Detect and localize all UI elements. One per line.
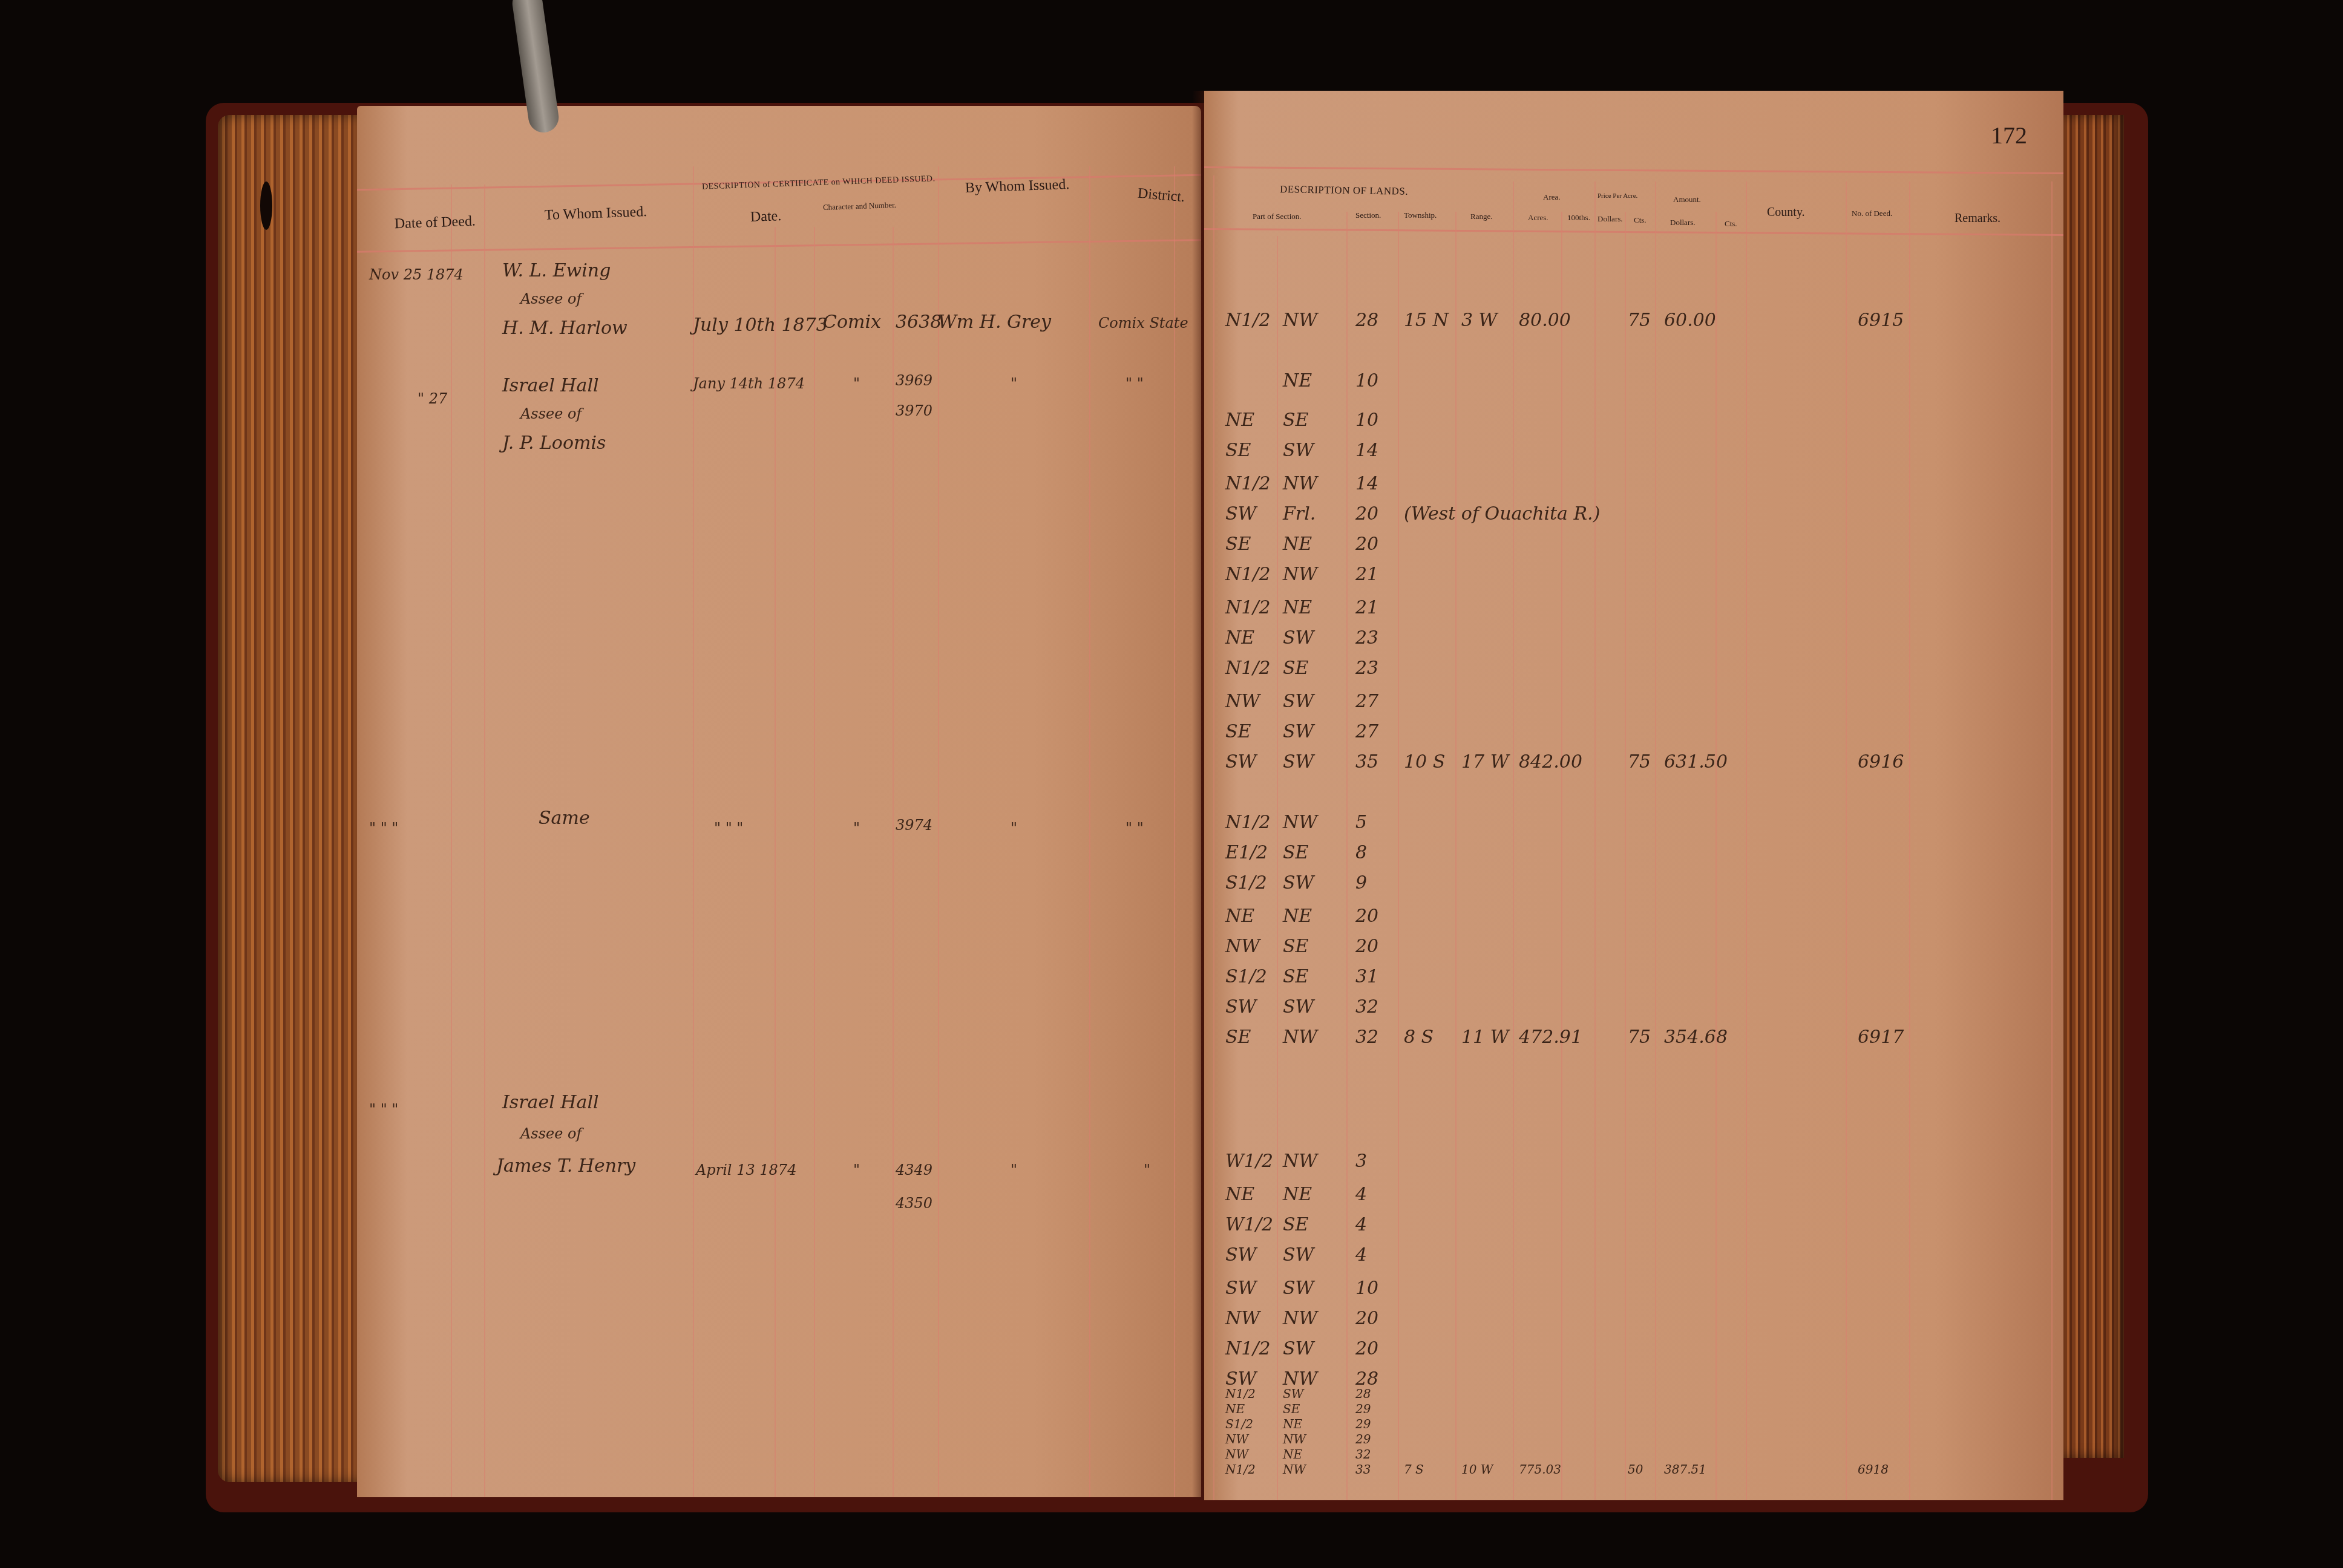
land-row-amount: 354.68 bbox=[1664, 1027, 1728, 1048]
land-row-amount: 60.00 bbox=[1664, 310, 1716, 331]
land-row-quarter: SW bbox=[1283, 721, 1314, 742]
header-100ths: 100ths. bbox=[1567, 213, 1590, 223]
land-row-quarter: SW bbox=[1283, 627, 1314, 648]
land-row-quarter: NE bbox=[1283, 906, 1312, 927]
header-district: District. bbox=[1137, 186, 1185, 206]
land-row-part: SW bbox=[1225, 751, 1256, 773]
land-row-part: W1/2 bbox=[1225, 1151, 1273, 1172]
land-row-quarter: SW bbox=[1283, 996, 1314, 1018]
land-row-section: 4 bbox=[1355, 1184, 1367, 1205]
land-row-price: 50 bbox=[1628, 1462, 1643, 1477]
land-row-part: NE bbox=[1225, 627, 1254, 648]
col-rule bbox=[1625, 212, 1626, 1500]
left-page-edges bbox=[218, 115, 360, 1482]
land-row-part: N1/2 bbox=[1225, 1462, 1256, 1477]
land-row-part: N1/2 bbox=[1225, 658, 1271, 679]
land-row-section: 20 bbox=[1355, 1308, 1378, 1329]
header-township: Township. bbox=[1404, 211, 1437, 220]
land-row-part: E1/2 bbox=[1225, 842, 1268, 863]
land-row-section: 28 bbox=[1355, 1387, 1371, 1401]
header-price-per-acre: Price Per Acre. bbox=[1597, 192, 1637, 200]
land-row-quarter: SW bbox=[1283, 691, 1314, 712]
land-row-section: 20 bbox=[1355, 906, 1378, 927]
land-row-quarter: NW bbox=[1283, 1462, 1306, 1477]
entry-4-assignor: James T. Henry bbox=[496, 1155, 635, 1177]
land-row-section: 14 bbox=[1355, 440, 1378, 461]
land-row-deed-no: 6915 bbox=[1858, 310, 1904, 331]
col-rule bbox=[484, 185, 485, 1497]
header-section: Section. bbox=[1355, 211, 1381, 220]
land-row-section: 21 bbox=[1355, 564, 1378, 585]
col-rule bbox=[1715, 212, 1717, 1500]
land-row-part: N1/2 bbox=[1225, 310, 1271, 331]
entry-4-assignee-label: Assee of bbox=[520, 1125, 582, 1142]
header-price-cents: Cts. bbox=[1634, 215, 1647, 225]
right-page: 172 DESCRIPTION OF LANDS. Part of Sectio… bbox=[1204, 91, 2063, 1500]
land-row-part: N1/2 bbox=[1225, 473, 1271, 494]
entry-2-district: " " bbox=[1126, 375, 1144, 392]
entry-1-cert-character: Comix bbox=[823, 312, 881, 333]
land-row-quarter: NE bbox=[1283, 1417, 1302, 1431]
land-row-amount: 631.50 bbox=[1664, 751, 1728, 773]
header-range: Range. bbox=[1470, 212, 1492, 221]
land-row-part: NE bbox=[1225, 1402, 1245, 1416]
col-rule bbox=[1746, 181, 1747, 1500]
entry-2-by-whom-issued: " bbox=[1011, 375, 1017, 392]
land-row-quarter: SW bbox=[1283, 872, 1314, 893]
col-rule bbox=[1346, 212, 1348, 1500]
land-row-quarter: NW bbox=[1283, 1151, 1317, 1172]
land-row-part: N1/2 bbox=[1225, 812, 1271, 833]
col-rule bbox=[2051, 181, 2053, 1500]
land-row-range: 17 W bbox=[1461, 751, 1509, 773]
entry-1-grantee: W. L. Ewing bbox=[502, 260, 611, 281]
land-row-part: N1/2 bbox=[1225, 564, 1271, 585]
land-row-note: (West of Ouachita R.) bbox=[1404, 503, 1600, 524]
land-row-section: 10 bbox=[1355, 370, 1378, 391]
land-row-part: NE bbox=[1225, 410, 1254, 431]
col-rule bbox=[938, 166, 939, 1497]
land-row-part: NW bbox=[1225, 1447, 1248, 1462]
entry-2-grantee: Israel Hall bbox=[502, 375, 599, 396]
land-row-quarter: NE bbox=[1283, 534, 1312, 555]
header-description-of-lands: DESCRIPTION OF LANDS. bbox=[1280, 183, 1408, 198]
land-row-part: SE bbox=[1225, 534, 1251, 555]
land-row-part: SE bbox=[1225, 721, 1251, 742]
entry-3-cert-date: " " " bbox=[714, 820, 743, 837]
entry-1-cert-number: 3638 bbox=[896, 312, 942, 333]
entry-3-cert-number: 3974 bbox=[896, 817, 932, 834]
entry-1-assignor: H. M. Harlow bbox=[502, 318, 628, 339]
header-cert-character-number: Character and Number. bbox=[823, 200, 896, 212]
header-area-group: Area. bbox=[1543, 192, 1561, 202]
col-rule bbox=[451, 185, 452, 1497]
land-row-price: 75 bbox=[1628, 310, 1651, 331]
land-row-part: NE bbox=[1225, 906, 1254, 927]
header-bottom-rule bbox=[1204, 228, 2063, 236]
entry-2-date-of-deed: " 27 bbox=[418, 390, 447, 407]
land-row-section: 29 bbox=[1355, 1432, 1371, 1446]
land-row-section: 4 bbox=[1355, 1244, 1367, 1266]
entry-2-cert-character: " bbox=[853, 375, 860, 392]
entry-2-cert-number-2: 3970 bbox=[896, 402, 932, 419]
header-price-dollars: Dollars. bbox=[1597, 214, 1623, 224]
col-rule bbox=[814, 227, 815, 1497]
col-rule bbox=[1594, 181, 1596, 1500]
land-row-section: 28 bbox=[1355, 310, 1378, 331]
col-rule bbox=[1846, 181, 1847, 1500]
land-row-quarter: NE bbox=[1283, 370, 1312, 391]
land-row-part: SW bbox=[1225, 503, 1256, 524]
land-row-quarter: SE bbox=[1283, 410, 1308, 431]
entry-4-grantee: Israel Hall bbox=[502, 1092, 599, 1113]
land-row-quarter: SE bbox=[1283, 658, 1308, 679]
entry-4-district: " bbox=[1144, 1161, 1150, 1178]
right-page-edges bbox=[2063, 115, 2124, 1458]
land-row-part: S1/2 bbox=[1225, 966, 1267, 987]
land-row-quarter: SW bbox=[1283, 1338, 1314, 1359]
entry-1-cert-date: July 10th 1873 bbox=[693, 315, 828, 336]
land-row-part: S1/2 bbox=[1225, 1417, 1253, 1431]
land-row-section: 27 bbox=[1355, 691, 1378, 712]
header-no-of-deed: No. of Deed. bbox=[1852, 209, 1892, 218]
entry-2-assignor: J. P. Loomis bbox=[502, 433, 606, 454]
left-page: Date of Deed. To Whom Issued. DESCRIPTIO… bbox=[357, 106, 1201, 1497]
entry-4-cert-number: 4349 bbox=[896, 1161, 932, 1178]
land-row-quarter: NE bbox=[1283, 1184, 1312, 1205]
land-row-section: 3 bbox=[1355, 1151, 1367, 1172]
ink-blot bbox=[260, 181, 272, 230]
land-row-quarter: SE bbox=[1283, 1402, 1300, 1416]
land-row-section: 10 bbox=[1355, 1278, 1378, 1299]
entry-2-cert-number: 3969 bbox=[896, 372, 932, 389]
col-rule bbox=[893, 227, 894, 1497]
land-row-part: N1/2 bbox=[1225, 597, 1271, 618]
entry-3-grantee: Same bbox=[539, 808, 590, 829]
land-row-section: 27 bbox=[1355, 721, 1378, 742]
header-to-whom-issued: To Whom Issued. bbox=[545, 204, 647, 224]
land-row-quarter: SE bbox=[1283, 966, 1308, 987]
land-row-quarter: SE bbox=[1283, 1214, 1308, 1235]
col-rule bbox=[1455, 212, 1457, 1500]
header-top-rule bbox=[1204, 166, 2063, 174]
land-row-quarter: NE bbox=[1283, 1447, 1302, 1462]
entry-1-assignee-label: Assee of bbox=[520, 290, 582, 307]
header-county: County. bbox=[1767, 206, 1805, 220]
land-row-deed-no: 6918 bbox=[1858, 1462, 1889, 1477]
land-row-range: 10 W bbox=[1461, 1462, 1493, 1477]
land-row-section: 35 bbox=[1355, 751, 1378, 773]
land-row-part: SE bbox=[1225, 1027, 1251, 1048]
land-row-section: 29 bbox=[1355, 1417, 1371, 1431]
land-row-quarter: NW bbox=[1283, 310, 1317, 331]
header-date-of-deed: Date of Deed. bbox=[395, 214, 476, 233]
land-row-part: S1/2 bbox=[1225, 872, 1267, 893]
land-row-acres: 80.00 bbox=[1519, 310, 1571, 331]
land-row-quarter: NW bbox=[1283, 812, 1317, 833]
land-row-part: N1/2 bbox=[1225, 1338, 1271, 1359]
land-row-section: 4 bbox=[1355, 1214, 1367, 1235]
land-row-section: 20 bbox=[1355, 1338, 1378, 1359]
col-rule bbox=[775, 227, 776, 1497]
land-row-quarter: SW bbox=[1283, 1278, 1314, 1299]
header-part-of-section: Part of Section. bbox=[1253, 212, 1302, 221]
land-row-township: 10 S bbox=[1404, 751, 1445, 773]
land-row-quarter: SW bbox=[1283, 1387, 1303, 1401]
land-row-part: SE bbox=[1225, 440, 1251, 461]
entry-4-by-whom-issued: " bbox=[1011, 1161, 1017, 1178]
land-row-quarter: SE bbox=[1283, 842, 1308, 863]
col-rule bbox=[1174, 166, 1175, 1497]
land-row-deed-no: 6916 bbox=[1858, 751, 1904, 773]
entry-4-cert-number-2: 4350 bbox=[896, 1195, 932, 1212]
col-rule bbox=[1513, 181, 1514, 1500]
land-row-price: 75 bbox=[1628, 751, 1651, 773]
entry-4-cert-date: April 13 1874 bbox=[696, 1161, 796, 1178]
entry-1-by-whom-issued: Wm H. Grey bbox=[938, 312, 1051, 333]
land-row-section: 32 bbox=[1355, 1447, 1371, 1462]
entry-3-district: " " bbox=[1126, 820, 1144, 837]
land-row-quarter: NW bbox=[1283, 1027, 1317, 1048]
land-row-part: W1/2 bbox=[1225, 1214, 1273, 1235]
land-row-quarter: Frl. bbox=[1283, 503, 1316, 524]
land-row-section: 9 bbox=[1355, 872, 1367, 893]
header-acres: Acres. bbox=[1528, 213, 1548, 223]
entry-4-date-of-deed: " " " bbox=[369, 1101, 398, 1118]
col-rule bbox=[1213, 175, 1214, 1500]
entry-1-date-of-deed: Nov 25 1874 bbox=[369, 266, 464, 283]
land-row-section: 20 bbox=[1355, 534, 1378, 555]
land-row-township: 8 S bbox=[1404, 1027, 1434, 1048]
land-row-section: 32 bbox=[1355, 996, 1378, 1018]
header-remarks: Remarks. bbox=[1955, 212, 2001, 226]
land-row-section: 33 bbox=[1355, 1462, 1371, 1477]
land-row-deed-no: 6917 bbox=[1858, 1027, 1904, 1048]
entry-3-by-whom-issued: " bbox=[1011, 820, 1017, 837]
header-amount-dollars: Dollars. bbox=[1670, 218, 1696, 227]
land-row-quarter: NW bbox=[1283, 564, 1317, 585]
land-row-part: SW bbox=[1225, 1244, 1256, 1266]
page-number: 172 bbox=[1991, 121, 2027, 149]
land-row-section: 8 bbox=[1355, 842, 1367, 863]
land-row-township: 7 S bbox=[1404, 1462, 1424, 1477]
header-by-whom-issued: By Whom Issued. bbox=[965, 177, 1070, 197]
land-row-part: SW bbox=[1225, 1278, 1256, 1299]
land-row-acres: 472.91 bbox=[1519, 1027, 1582, 1048]
land-row-section: 10 bbox=[1355, 410, 1378, 431]
land-row-part: SW bbox=[1225, 996, 1256, 1018]
land-row-quarter: NW bbox=[1283, 1308, 1317, 1329]
land-row-part: NW bbox=[1225, 936, 1260, 957]
land-row-part: NW bbox=[1225, 1432, 1248, 1446]
land-row-amount: 387.51 bbox=[1664, 1462, 1706, 1477]
header-cert-date: Date. bbox=[750, 208, 782, 226]
land-row-part: N1/2 bbox=[1225, 1387, 1256, 1401]
land-row-acres: 842.00 bbox=[1519, 751, 1582, 773]
col-rule bbox=[693, 166, 694, 1497]
entry-1-district: Comix State bbox=[1098, 315, 1188, 332]
land-row-section: 5 bbox=[1355, 812, 1367, 833]
land-row-price: 75 bbox=[1628, 1027, 1651, 1048]
land-row-part: NE bbox=[1225, 1184, 1254, 1205]
land-row-quarter: SW bbox=[1283, 1244, 1314, 1266]
entry-2-cert-date: Jany 14th 1874 bbox=[693, 375, 805, 392]
land-row-quarter: NE bbox=[1283, 597, 1312, 618]
col-rule bbox=[1909, 181, 1910, 1500]
land-row-quarter: SW bbox=[1283, 751, 1314, 773]
land-row-quarter: SW bbox=[1283, 440, 1314, 461]
land-row-section: 23 bbox=[1355, 658, 1378, 679]
entry-3-date-of-deed: " " " bbox=[369, 820, 398, 837]
land-row-quarter: SE bbox=[1283, 936, 1308, 957]
entry-4-cert-character: " bbox=[853, 1161, 860, 1178]
land-row-section: 20 bbox=[1355, 936, 1378, 957]
land-row-section: 31 bbox=[1355, 966, 1378, 987]
land-row-section: 21 bbox=[1355, 597, 1378, 618]
land-row-section: 14 bbox=[1355, 473, 1378, 494]
land-row-section: 29 bbox=[1355, 1402, 1371, 1416]
header-amount-group: Amount. bbox=[1673, 195, 1701, 204]
land-row-range: 3 W bbox=[1461, 310, 1497, 331]
header-certificate-group: DESCRIPTION of CERTIFICATE on WHICH DEED… bbox=[702, 174, 936, 192]
col-rule bbox=[1398, 212, 1399, 1500]
col-rule bbox=[1277, 236, 1278, 1500]
col-rule bbox=[1655, 181, 1656, 1500]
col-rule bbox=[1089, 166, 1090, 1497]
header-amount-cents: Cts. bbox=[1725, 219, 1737, 229]
land-row-section: 32 bbox=[1355, 1027, 1378, 1048]
land-row-range: 11 W bbox=[1461, 1027, 1509, 1048]
entry-3-cert-character: " bbox=[853, 820, 860, 837]
land-row-township: 15 N bbox=[1404, 310, 1449, 331]
entry-2-assignee-label: Assee of bbox=[520, 405, 582, 422]
land-row-part: NW bbox=[1225, 691, 1260, 712]
land-row-section: 20 bbox=[1355, 503, 1378, 524]
land-row-acres: 775.03 bbox=[1519, 1462, 1561, 1477]
land-row-quarter: NW bbox=[1283, 1432, 1306, 1446]
col-rule bbox=[1561, 212, 1562, 1500]
land-row-part: NW bbox=[1225, 1308, 1260, 1329]
land-row-quarter: NW bbox=[1283, 473, 1317, 494]
land-row-section: 23 bbox=[1355, 627, 1378, 648]
